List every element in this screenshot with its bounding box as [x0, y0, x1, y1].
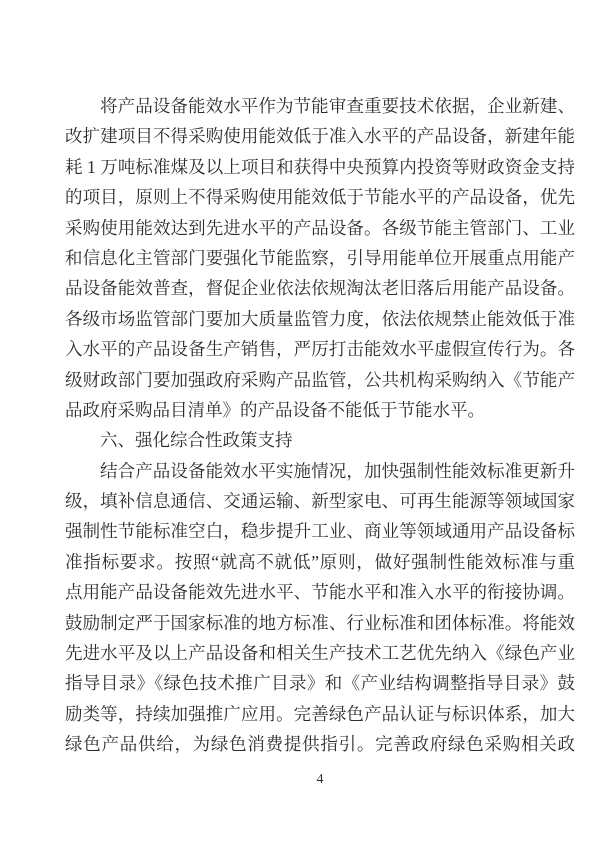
text-line: 改扩建项目不得采购使用能效低于准入水平的产品设备，新建年能: [65, 121, 575, 151]
text-line: 各级市场监管部门要加大质量监管力度，依法依规禁止能效低于准: [65, 304, 575, 334]
text-line: 品设备能效普查，督促企业依法依规淘汰老旧落后用能产品设备。: [65, 273, 575, 303]
text-line: 指导目录》《绿色技术推广目录》和《产业结构调整指导目录》鼓: [65, 668, 575, 698]
text-line: 强制性节能标准空白，稳步提升工业、商业等领域通用产品设备标: [65, 516, 575, 546]
text-line: 级，填补信息通信、交通运输、新型家电、可再生能源等领域国家: [65, 486, 575, 516]
text-line: 品政府采购品目清单》的产品设备不能低于节能水平。: [65, 395, 575, 425]
document-page: 将产品设备能效水平作为节能审查重要技术依据，企业新建、改扩建项目不得采购使用能效…: [0, 0, 606, 853]
heading-line: 六、强化综合性政策支持: [65, 425, 575, 455]
paragraph: 将产品设备能效水平作为节能审查重要技术依据，企业新建、改扩建项目不得采购使用能效…: [65, 91, 575, 425]
text-line: 励类等，持续加强推广应用。完善绿色产品认证与标识体系，加大: [65, 699, 575, 729]
text-line: 采购使用能效达到先进水平的产品设备。各级节能主管部门、工业: [65, 213, 575, 243]
text-line: 级财政部门要加强政府采购产品监管，公共机构采购纳入《节能产: [65, 365, 575, 395]
text-line: 将产品设备能效水平作为节能审查重要技术依据，企业新建、: [65, 91, 575, 121]
text-line: 入水平的产品设备生产销售，严厉打击能效水平虚假宣传行为。各: [65, 334, 575, 364]
text-line: 鼓励制定严于国家标准的地方标准、行业标准和团体标准。将能效: [65, 608, 575, 638]
text-line: 点用能产品设备能效先进水平、节能水平和准入水平的衔接协调。: [65, 577, 575, 607]
section-heading: 六、强化综合性政策支持: [65, 425, 575, 455]
text-line: 先进水平及以上产品设备和相关生产技术工艺优先纳入《绿色产业: [65, 638, 575, 668]
text-line: 的项目，原则上不得采购使用能效低于节能水平的产品设备，优先: [65, 182, 575, 212]
text-line: 准指标要求。按照“就高不就低”原则，做好强制性能效标准与重: [65, 547, 575, 577]
document-body: 将产品设备能效水平作为节能审查重要技术依据，企业新建、改扩建项目不得采购使用能效…: [65, 91, 575, 760]
text-line: 绿色产品供给，为绿色消费提供指引。完善政府绿色采购相关政策，: [65, 729, 575, 759]
text-line: 耗 1 万吨标准煤及以上项目和获得中央预算内投资等财政资金支持: [65, 152, 575, 182]
paragraph: 结合产品设备能效水平实施情况，加快强制性能效标准更新升级，填补信息通信、交通运输…: [65, 456, 575, 760]
text-line: 结合产品设备能效水平实施情况，加快强制性能效标准更新升: [65, 456, 575, 486]
page-number: 4: [65, 770, 575, 790]
text-line: 和信息化主管部门要强化节能监察，引导用能单位开展重点用能产: [65, 243, 575, 273]
